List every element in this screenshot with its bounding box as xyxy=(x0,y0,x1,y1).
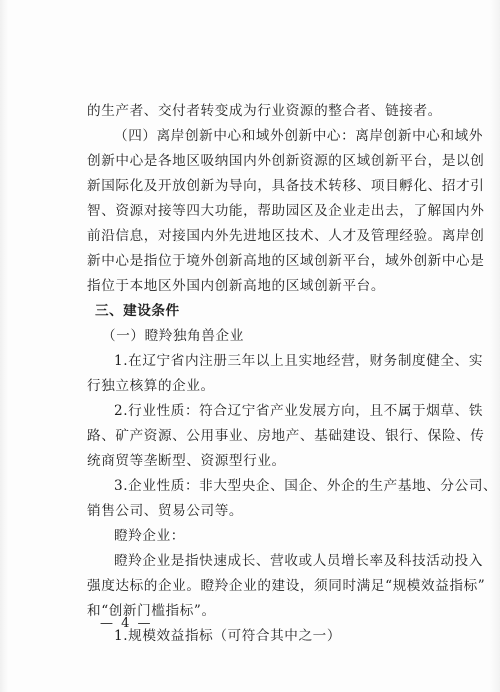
paragraph-line: 指位于本地区外国内创新高地的区域创新平台。 xyxy=(87,277,427,295)
gazelle-enterprise-label: 瞪羚企业： xyxy=(114,527,427,545)
condition-2-line: 路、矿产资源、公用事业、房地产、基础建设、银行、保险、传 xyxy=(87,427,427,445)
section-heading-construction-conditions: 三、建设条件 xyxy=(95,302,435,320)
paragraph-line: 的生产者、交付者转变成为行业资源的整合者、链接者。 xyxy=(87,102,427,120)
document-page: 的生产者、交付者转变成为行业资源的整合者、链接者。 （四）离岸创新中心和域外创新… xyxy=(0,0,500,692)
page-number: — 4 — xyxy=(100,616,153,632)
condition-1-line: 1.在辽宁省内注册三年以上且实地经营，财务制度健全、实 xyxy=(114,352,427,370)
paragraph-line: 智、资源对接等四大功能，帮助园区及企业走出去，了解国内外 xyxy=(87,202,427,220)
paragraph-line: 新国际化及开放创新为导向，具备技术转移、项目孵化、招才引 xyxy=(87,177,427,195)
gazelle-definition-line: 瞪羚企业是指快速成长、营收或人员增长率及科技活动投入 xyxy=(114,552,427,570)
scan-edge-right xyxy=(490,0,500,692)
paragraph-line: 新中心是指位于境外创新高地的区域创新平台，域外创新中心是 xyxy=(87,252,427,270)
paragraph-line: 创新中心是各地区吸纳国内外创新资源的区域创新平台，是以创 xyxy=(87,152,427,170)
scan-edge-left xyxy=(0,0,8,692)
gazelle-definition-line: 强度达标的企业。瞪羚企业的建设，须同时满足“规模效益指标” xyxy=(87,577,427,595)
condition-2-line: 统商贸等垄断型、资源型行业。 xyxy=(87,452,427,470)
paragraph-line: 前沿信息，对接国内外先进地区技术、人才及管理经验。离岸创 xyxy=(87,227,427,245)
section-four-title-line: （四）离岸创新中心和域外创新中心：离岸创新中心和域外 xyxy=(114,127,427,145)
condition-2-line: 2.行业性质：符合辽宁省产业发展方向，且不属于烟草、铁 xyxy=(114,402,427,420)
condition-1-line: 行独立核算的企业。 xyxy=(87,377,427,395)
subsection-heading-gazelle-unicorn: （一）瞪羚独角兽企业 xyxy=(102,327,442,345)
condition-3-line: 3.企业性质：非大型央企、国企、外企的生产基地、分公司、 xyxy=(114,477,427,495)
scale-benefit-indicator-heading: 1.规模效益指标（可符合其中之一） xyxy=(114,627,427,645)
condition-3-line: 销售公司、贸易公司等。 xyxy=(87,502,427,520)
